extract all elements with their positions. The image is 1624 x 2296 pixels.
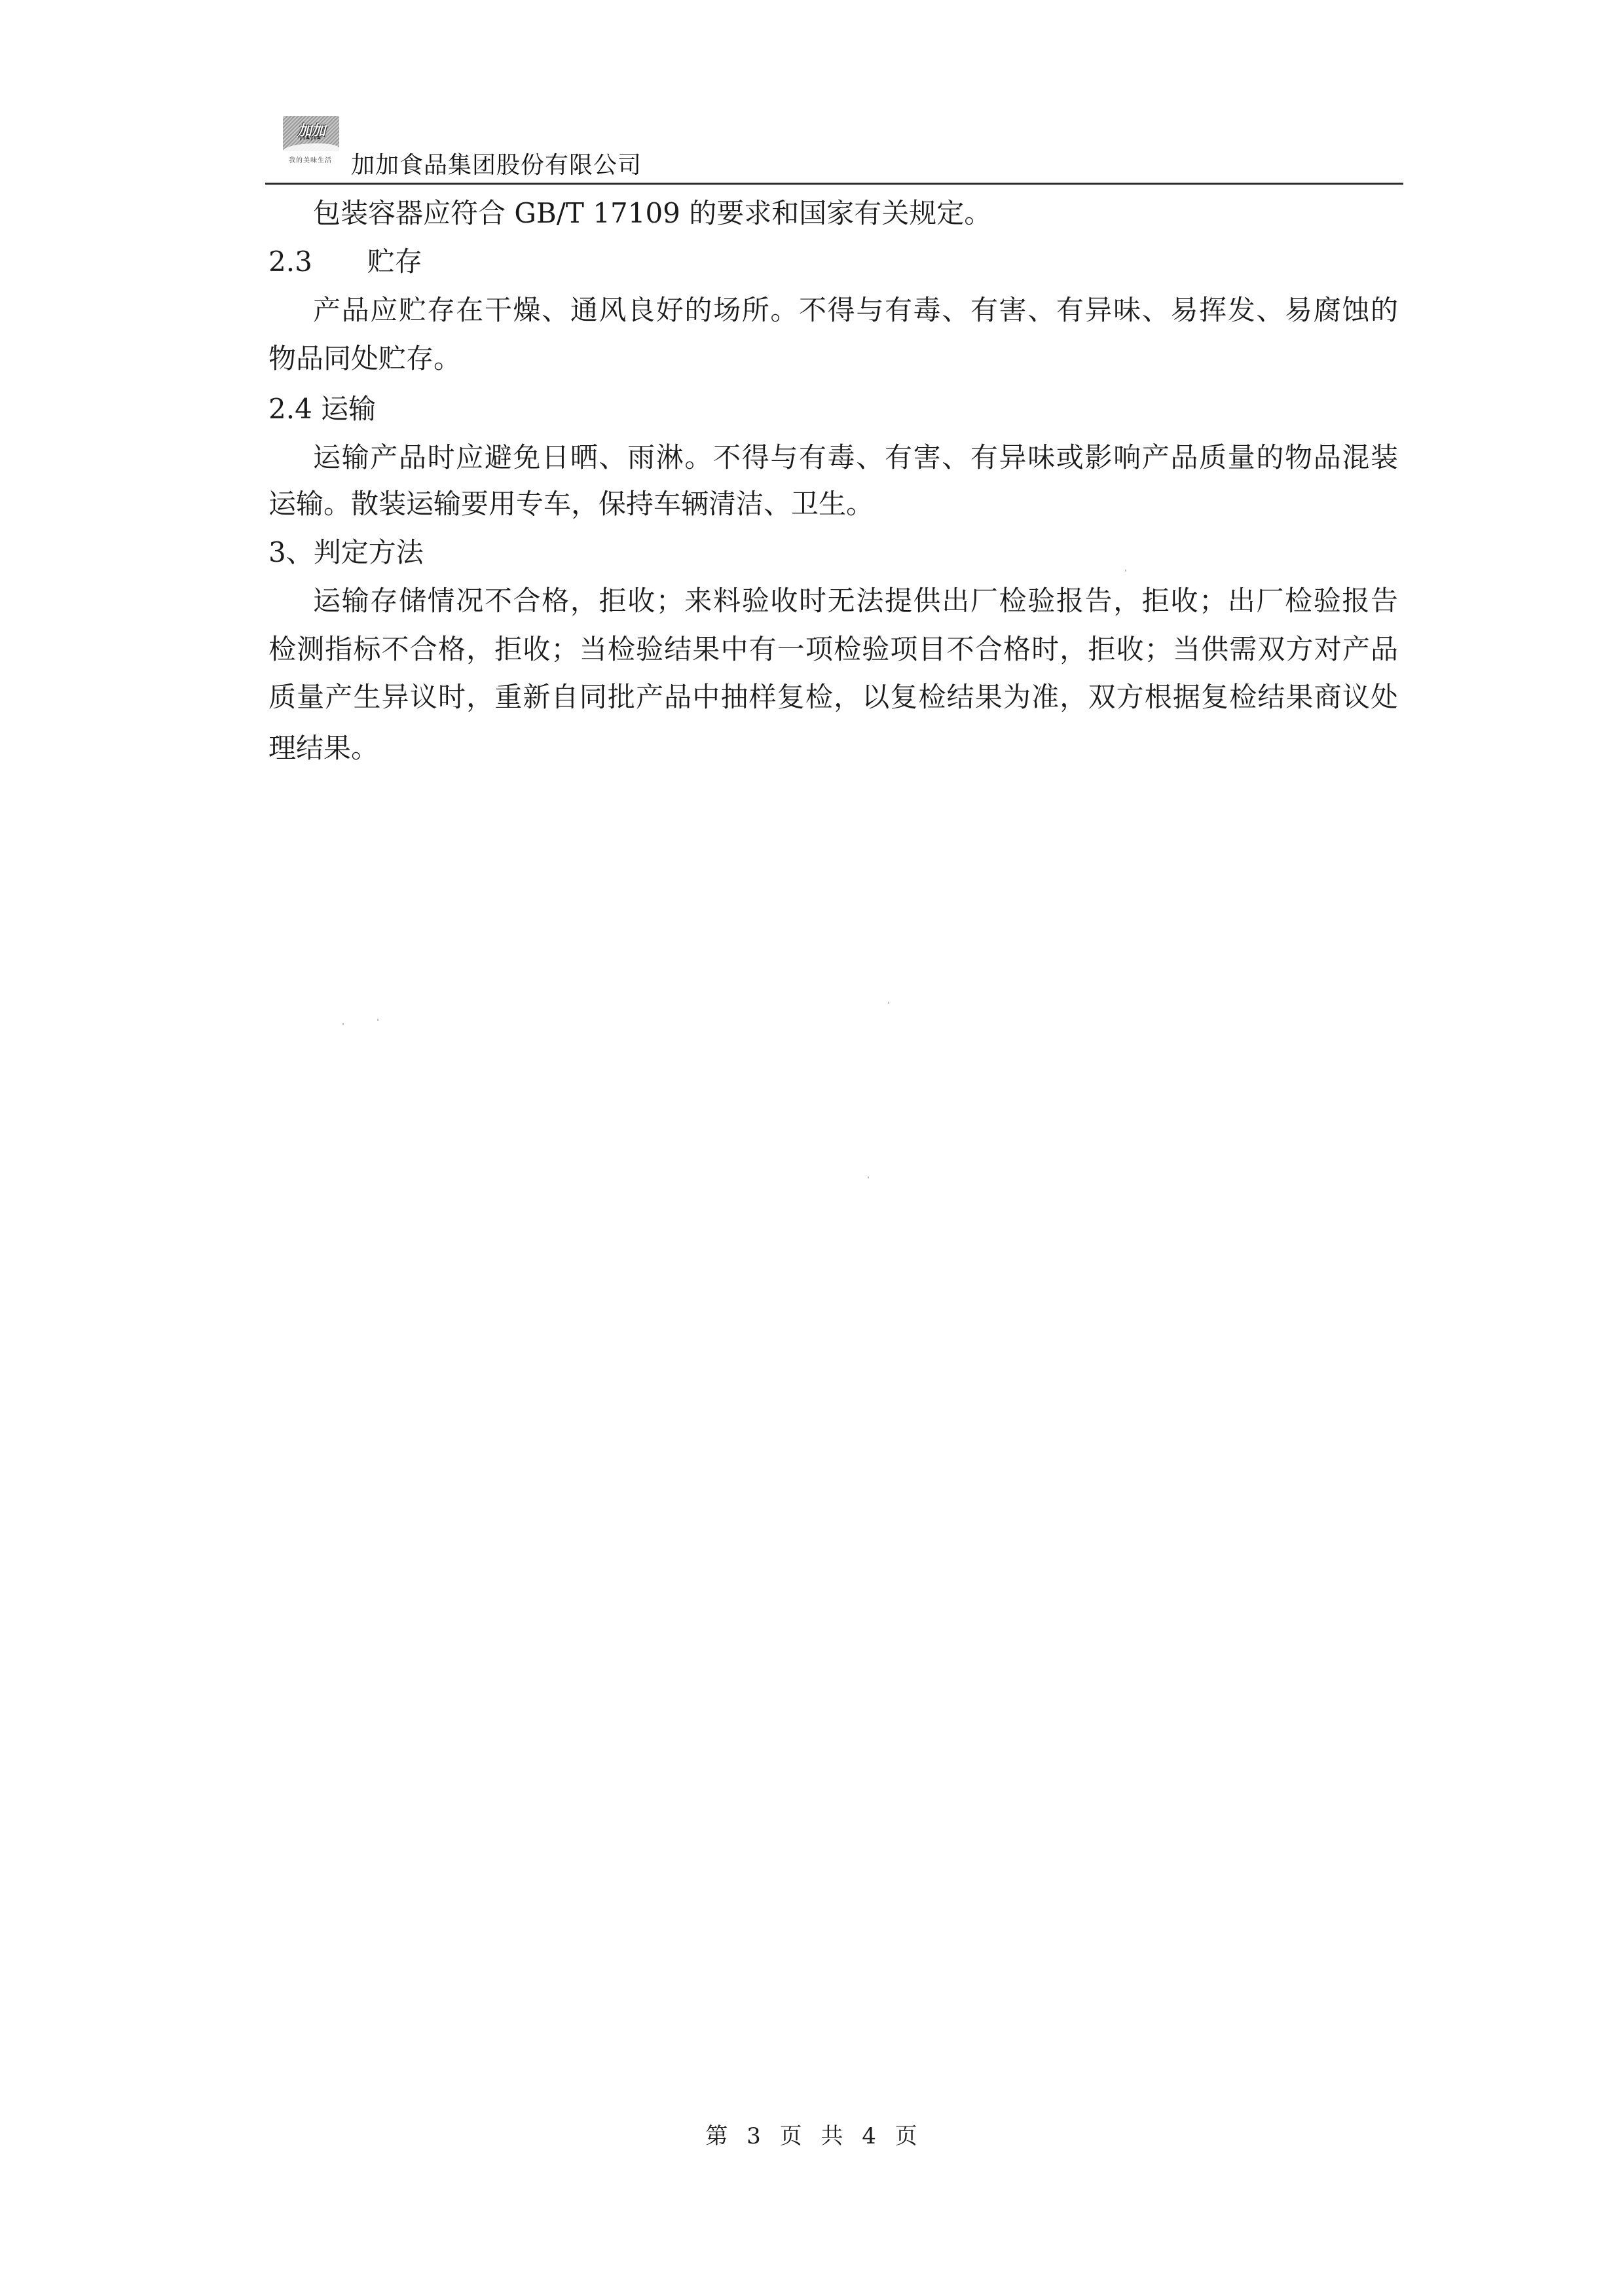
body-line-transport-2: 运输。散装运输要用专车，保持车辆清洁、卫生。 [268, 480, 1398, 528]
logo-caption: 我的美味生活 [276, 155, 344, 164]
logo-wave-decoration [283, 143, 339, 151]
scan-speck [342, 1023, 344, 1025]
company-name: 加加食品集团股份有限公司 [351, 151, 642, 181]
section-heading-judgement: 3、判定方法 [268, 528, 1398, 577]
body-line-judgement-4: 理结果。 [268, 724, 1398, 773]
scan-speck [377, 1019, 378, 1021]
scan-speck [1125, 570, 1126, 572]
section-heading-transport: 2.4 运输 [268, 385, 1398, 433]
body-line-judgement-1: 运输存储情况不合格，拒收；来料验收时无法提供出厂检验报告，拒收；出厂检验报告 [268, 577, 1398, 625]
header-rule [265, 183, 1403, 185]
section-heading-storage: 2.3 贮存 [268, 238, 1398, 286]
body-line-storage-2: 物品同处贮存。 [268, 335, 1398, 383]
body-line-judgement-2: 检测指标不合格，拒收；当检验结果中有一项检验项目不合格时，拒收；当供需双方对产品 [268, 625, 1398, 674]
logo-subtext: JIAJIA [283, 136, 339, 141]
body-line-judgement-3: 质量产生异议时，重新自同批产品中抽样复检，以复检结果为准，双方根据复检结果商议处 [268, 673, 1398, 721]
scan-speck [868, 1176, 869, 1178]
scan-speck [888, 1002, 889, 1004]
page-number: 第 3 页 共 4 页 [0, 2120, 1624, 2153]
body-line-packaging: 包装容器应符合 GB/T 17109 的要求和国家有关规定。 [268, 189, 1398, 238]
body-line-storage-1: 产品应贮存在干燥、通风良好的场所。不得与有毒、有害、有异味、易挥发、易腐蚀的 [268, 286, 1398, 335]
body-line-transport-1: 运输产品时应避免日晒、雨淋。不得与有毒、有害、有异味或影响产品质量的物品混装 [268, 433, 1398, 482]
company-logo: 加加 JIAJIA [283, 116, 339, 151]
